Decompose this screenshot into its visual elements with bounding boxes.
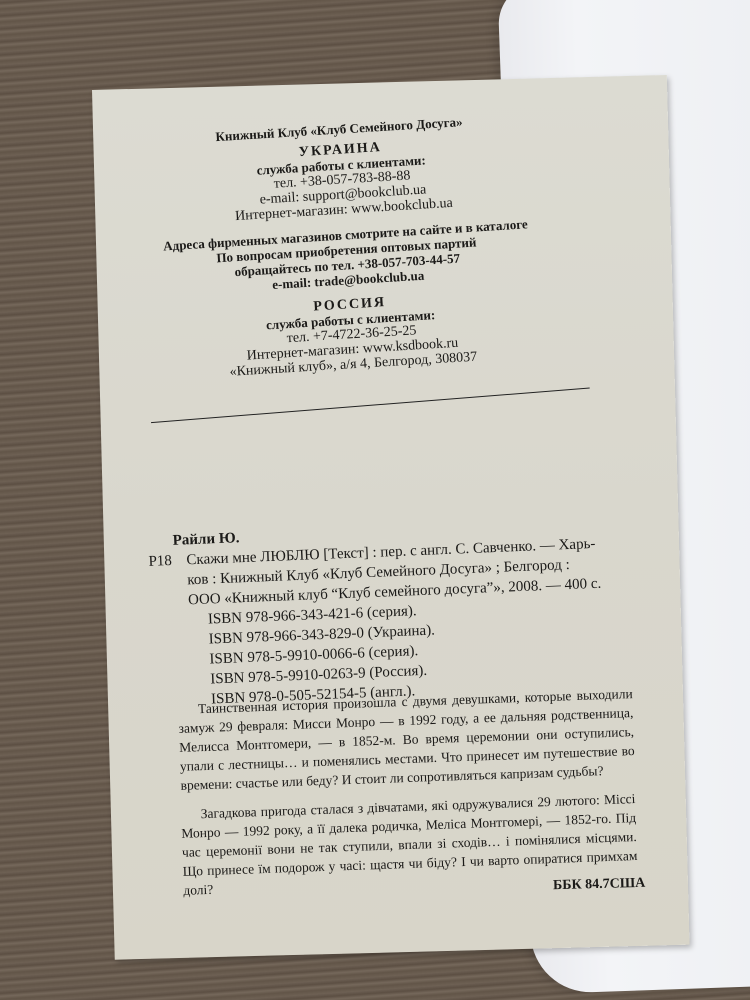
bbk-classification: ББК 84.7США: [553, 876, 646, 894]
book-copyright-page: Книжный Клуб «Клуб Семейного Досуга» УКР…: [92, 75, 690, 960]
annotation-russian: Таинственная история произошла с двумя д…: [178, 684, 636, 795]
publisher-block: Книжный Клуб «Клуб Семейного Досуга» УКР…: [129, 109, 564, 385]
bibliographic-record: Райли Ю. Р18 Скажи мне ЛЮБЛЮ [Текст] : п…: [147, 513, 614, 711]
catalog-code: Р18: [148, 550, 187, 572]
divider-rule: [151, 388, 590, 424]
